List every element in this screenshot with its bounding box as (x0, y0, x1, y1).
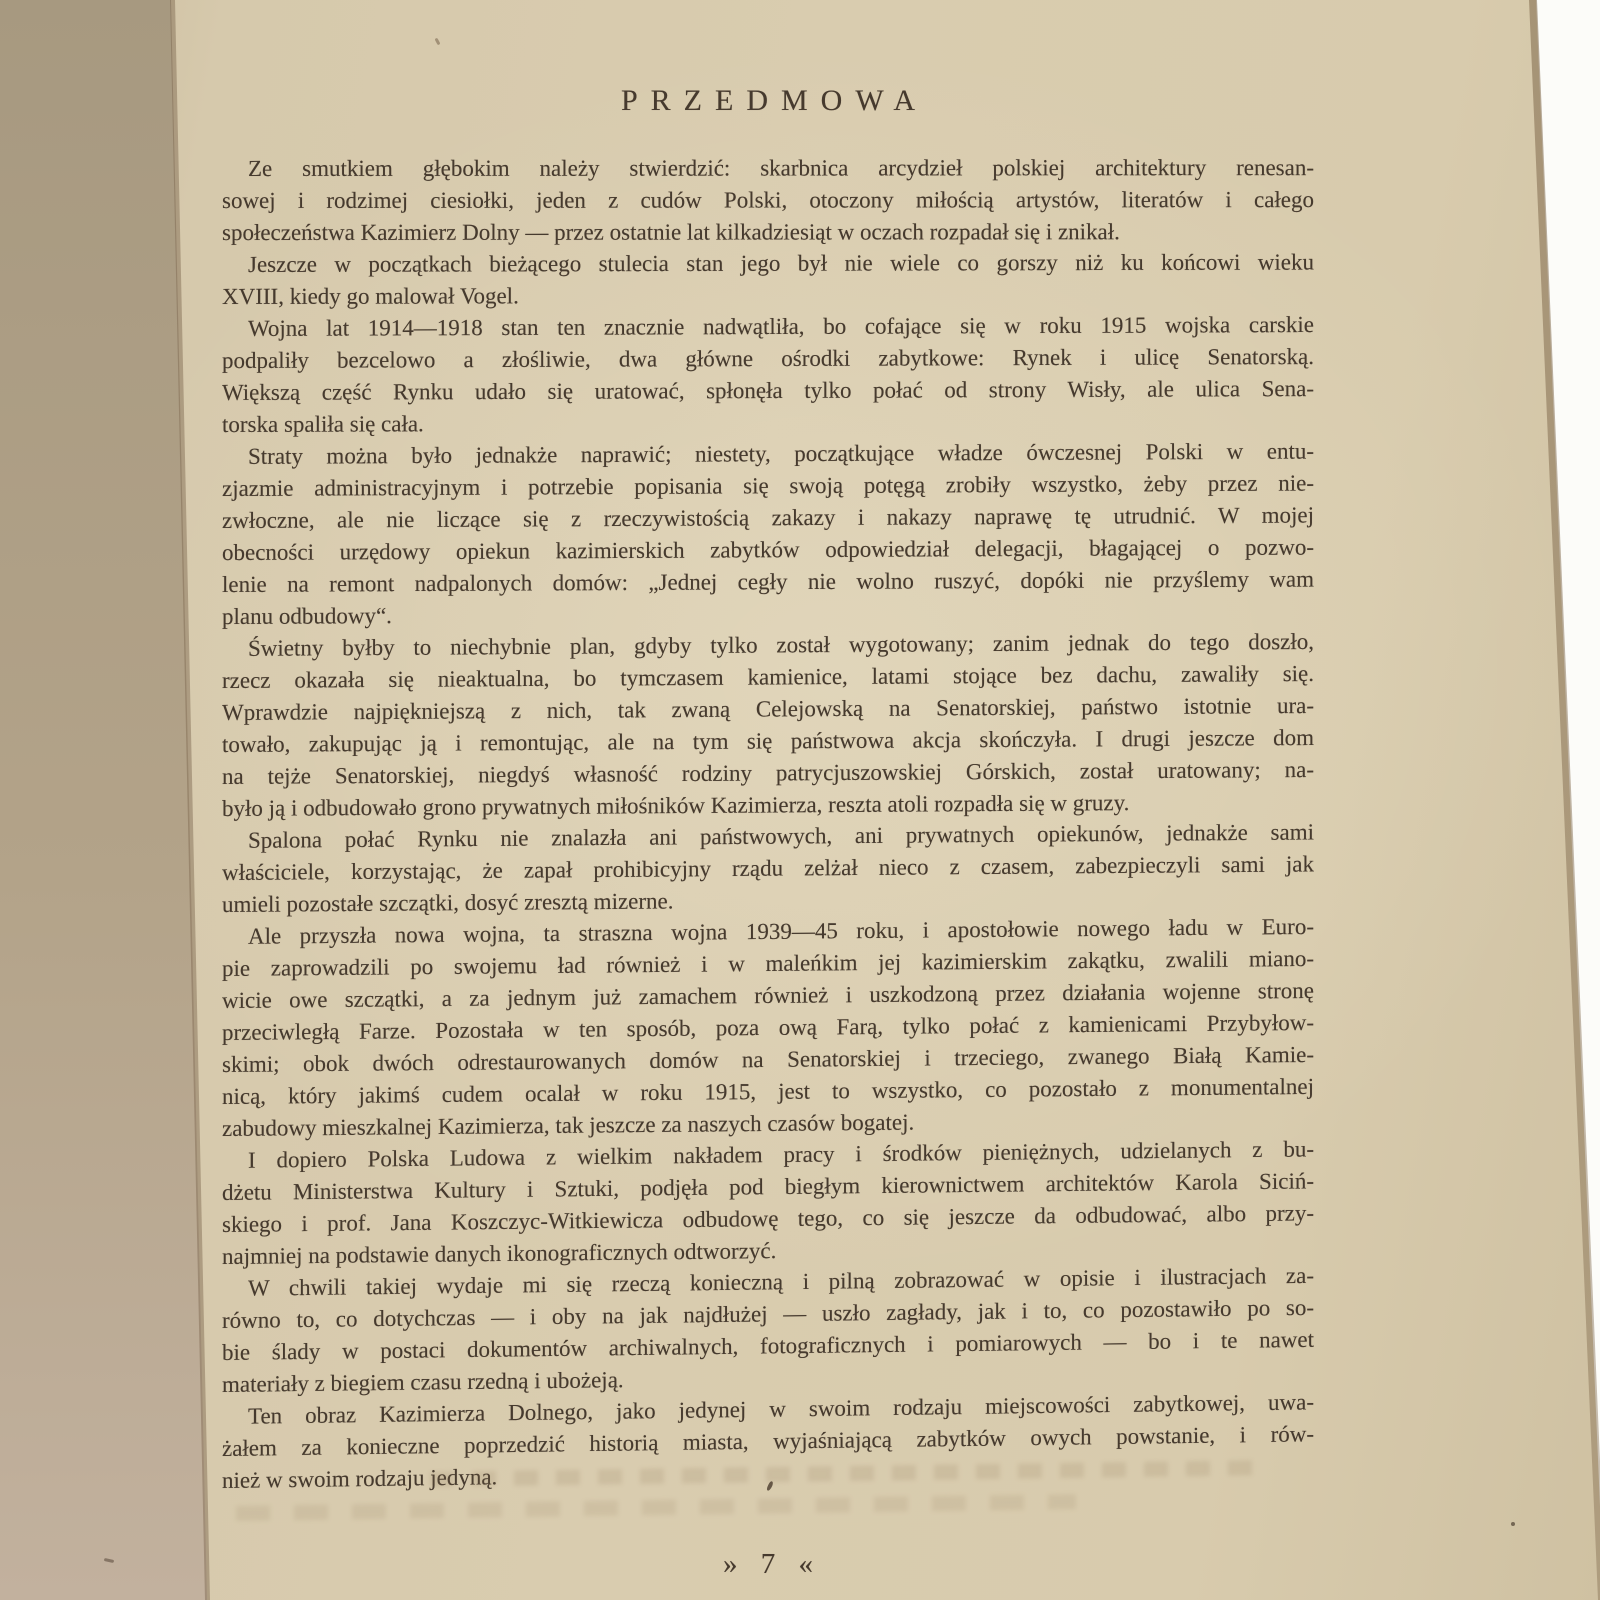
paper-speck (104, 1558, 114, 1563)
page-number: » 7 « (222, 1548, 1314, 1581)
paragraph: Jeszcze w początkach bieżącego stulecia … (222, 247, 1314, 313)
paper-speck (1511, 1522, 1515, 1526)
paragraph: W chwili takiej wydaje mi się rzeczą kon… (222, 1260, 1314, 1401)
paragraph: Wojna lat 1914—1918 stan ten znacznie na… (222, 309, 1314, 441)
page-title: PRZEDMOWA (222, 84, 1314, 118)
text-line: Wojna lat 1914—1918 stan ten znacznie na… (222, 309, 1314, 345)
text-line: Ze smutkiem głębokim należy stwierdzić: … (222, 152, 1314, 185)
text-line: XVIII, kiedy go malował Vogel. (222, 279, 1314, 313)
paragraph: Straty można było jednakże naprawić; nie… (222, 435, 1314, 633)
paragraph: Świetny byłby to niechybnie plan, gdyby … (222, 626, 1314, 825)
paragraph: I dopiero Polska Ludowa z wielkim nakład… (222, 1133, 1314, 1273)
paragraph: Ale przyszła nowa wojna, ta straszna woj… (222, 911, 1314, 1145)
text-line: społeczeństwa Kazimierz Dolny — przez os… (222, 216, 1314, 249)
text-line: Jeszcze w początkach bieżącego stulecia … (222, 247, 1314, 281)
text-line: Większą część Rynku udało się uratować, … (222, 373, 1314, 409)
text-line: lenie na remont nadpalonych domów: „Jedn… (222, 563, 1314, 601)
page-content: PRZEDMOWA Ze smutkiem głębokim należy st… (222, 0, 1314, 1600)
paragraph: Spalona połać Rynku nie znalazła ani pań… (222, 816, 1314, 921)
paragraph: Ze smutkiem głębokim należy stwierdzić: … (222, 152, 1314, 249)
body-text: Ze smutkiem głębokim należy stwierdzić: … (222, 153, 1314, 1497)
text-line: sowej i rodzimej ciesiołki, jeden z cudó… (222, 184, 1314, 217)
text-line: podpaliły bezcelowo a złośliwie, dwa głó… (222, 341, 1314, 377)
